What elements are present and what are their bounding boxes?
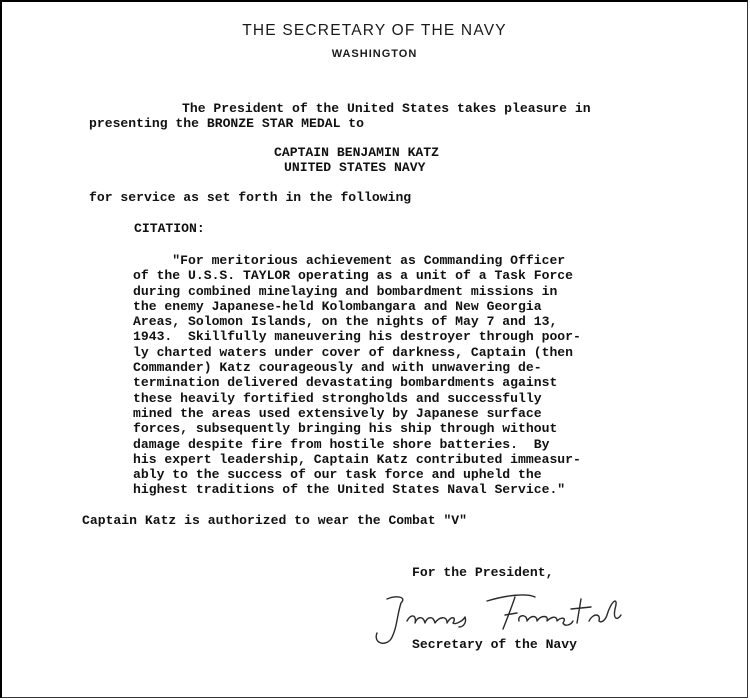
signature-title: Secretary of the Navy [412,637,577,652]
service-line: for service as set forth in the followin… [89,190,411,205]
document-page: THE SECRETARY OF THE NAVY WASHINGTON The… [0,0,748,698]
intro-line-1: The President of the United States takes… [182,101,591,116]
citation-line: "For meritorious achievement as Commandi… [133,253,581,268]
for-the-president: For the President, [412,565,553,580]
citation-line: mined the areas used extensively by Japa… [133,406,581,421]
citation-line: ly charted waters under cover of darknes… [133,345,581,360]
citation-line: termination delivered devastating bombar… [133,375,581,390]
citation-line: highest traditions of the United States … [133,482,581,497]
citation-line: Commander) Katz courageously and with un… [133,360,581,375]
citation-line: 1943. Skillfully maneuvering his destroy… [133,329,581,344]
citation-line: ably to the success of our task force an… [133,467,581,482]
combat-v-line: Captain Katz is authorized to wear the C… [82,513,467,528]
intro-line-2: presenting the BRONZE STAR MEDAL to [89,116,364,131]
citation-line: of the U.S.S. TAYLOR operating as a unit… [133,268,581,283]
citation-line: these heavily fortified strongholds and … [133,391,581,406]
recipient-name: CAPTAIN BENJAMIN KATZ [274,145,439,160]
citation-line: damage despite fire from hostile shore b… [133,437,581,452]
letterhead-city: WASHINGTON [2,48,747,60]
citation-line: his expert leadership, Captain Katz cont… [133,452,581,467]
letterhead-title: THE SECRETARY OF THE NAVY [2,22,747,40]
citation-line: the enemy Japanese-held Kolombangara and… [133,299,581,314]
citation-line: forces, subsequently bringing his ship t… [133,421,581,436]
citation-body: "For meritorious achievement as Commandi… [133,253,581,498]
citation-label: CITATION: [134,221,205,236]
citation-line: Areas, Solomon Islands, on the nights of… [133,314,581,329]
citation-line: during combined minelaying and bombardme… [133,284,581,299]
recipient-service: UNITED STATES NAVY [284,160,425,175]
